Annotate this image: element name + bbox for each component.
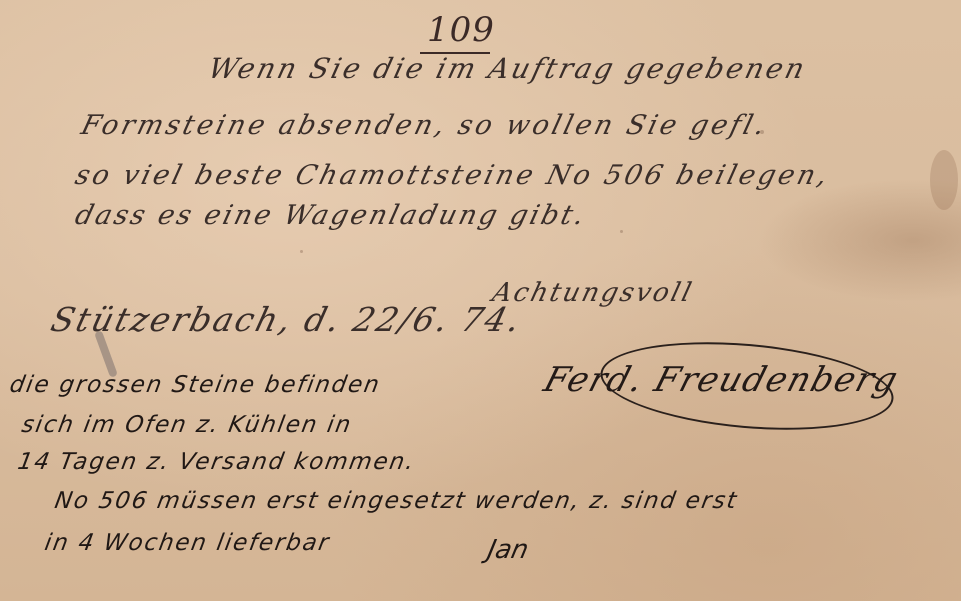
signature: Ferd. Freudenberg	[539, 360, 903, 400]
letter-line-1: Wenn Sie die im Auftrag gegebenen	[205, 52, 810, 85]
postcard: 109 Wenn Sie die im Auftrag gegebenen Fo…	[0, 0, 961, 601]
letter-line-4: dass es eine Wagenladung gibt.	[72, 200, 590, 231]
stain	[930, 150, 958, 210]
annotation-initials: Jan	[485, 535, 531, 565]
annotation-line-4: No 506 müssen erst eingesetzt werden, z.…	[53, 488, 740, 514]
archive-number: 109	[427, 10, 495, 50]
speck	[620, 230, 623, 233]
place-date: Stützerbach, d. 22/6. 74.	[47, 300, 526, 339]
letter-line-2: Formsteine absenden, so wollen Sie gefl.	[78, 110, 771, 141]
annotation-line-1: die grossen Steine befinden	[8, 372, 383, 398]
letter-line-3: so viel beste Chamottsteine No 506 beile…	[72, 160, 833, 191]
annotation-line-3: 14 Tagen z. Versand kommen.	[16, 449, 418, 475]
annotation-line-5: in 4 Wochen lieferbar	[43, 530, 332, 556]
annotation-line-2: sich im Ofen z. Kühlen in	[20, 412, 355, 438]
speck	[300, 250, 303, 253]
